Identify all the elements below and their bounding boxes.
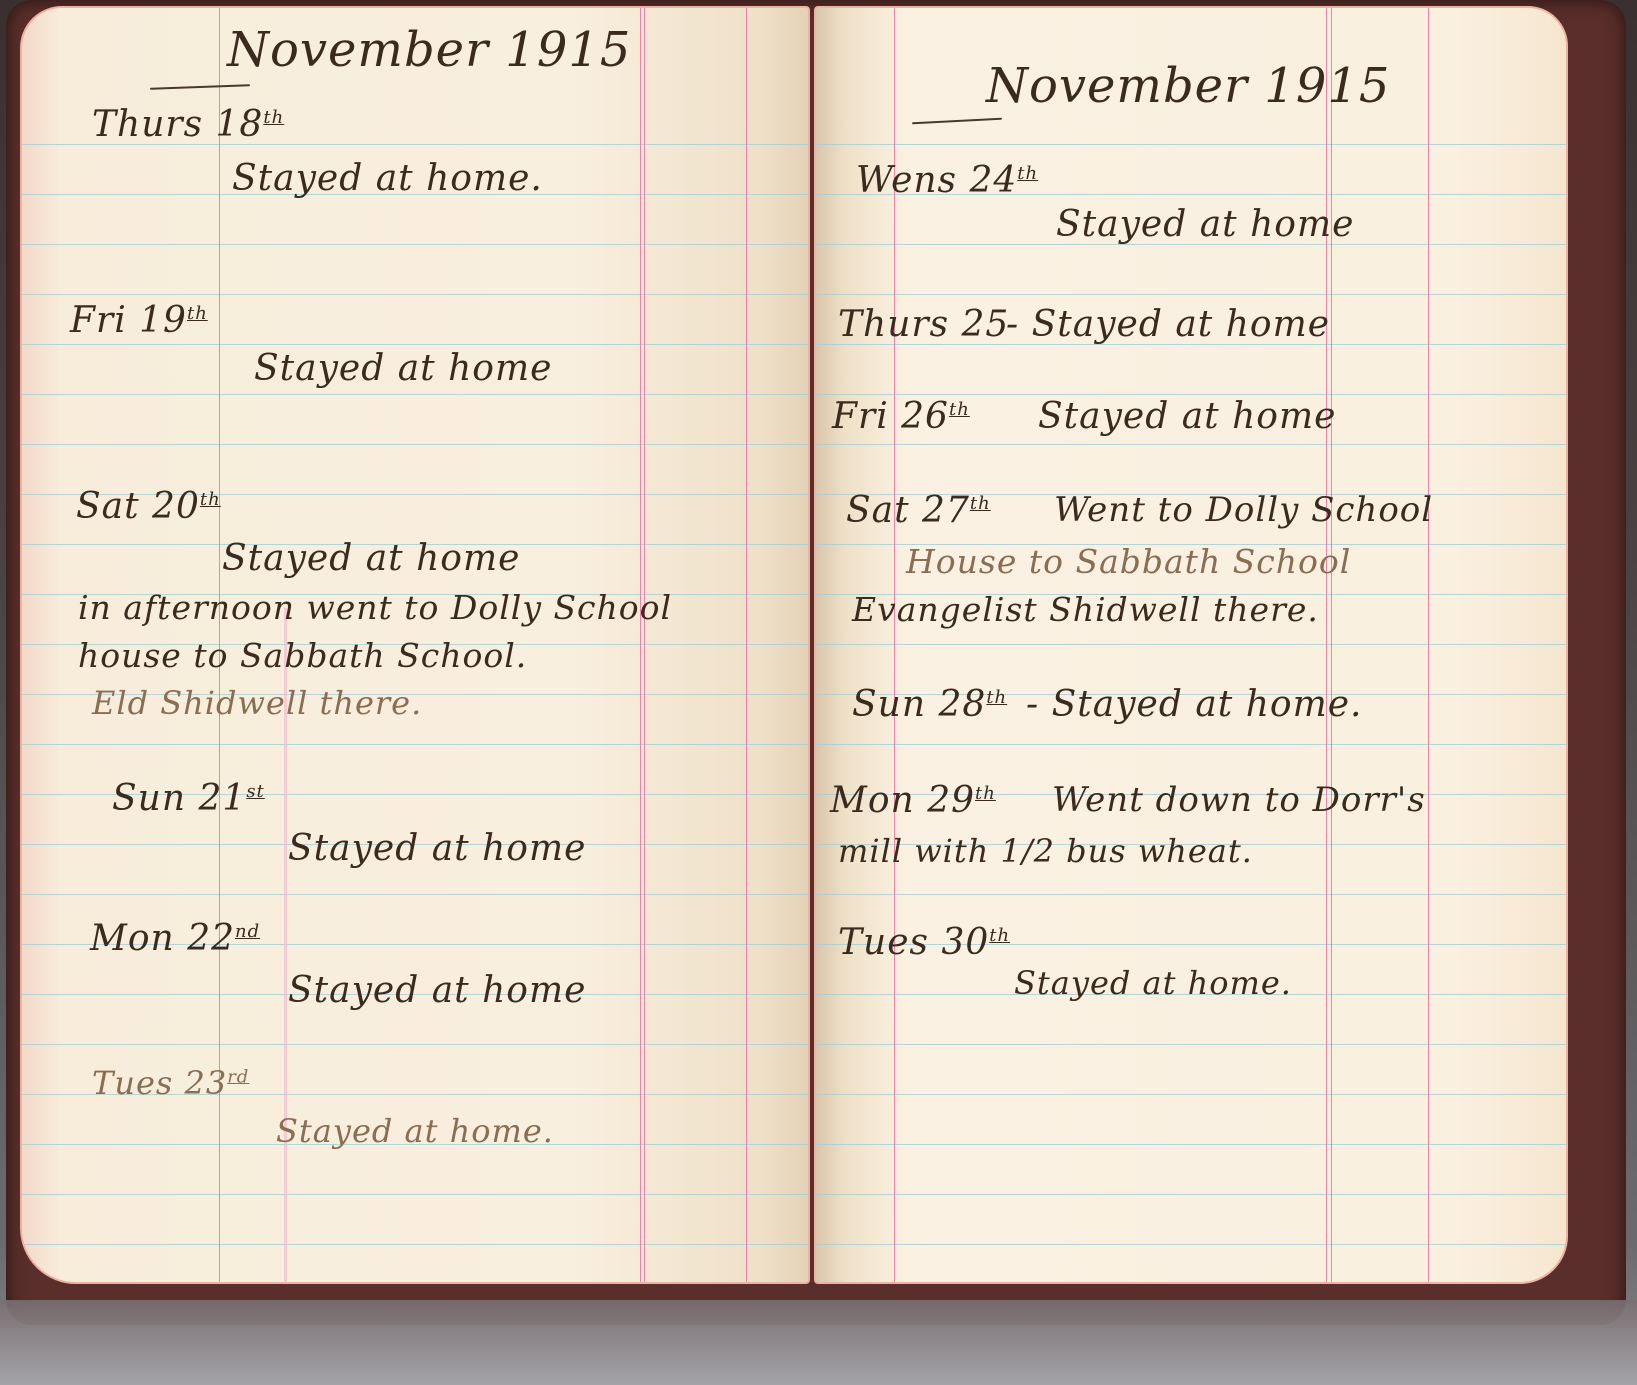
ruled-line <box>816 444 1566 445</box>
entry-date: Mon 29th <box>830 780 996 821</box>
page-heading: November 1915 <box>227 22 631 78</box>
margin-line <box>640 8 641 1282</box>
ruled-line <box>816 894 1566 895</box>
entry-date: Thurs 18th <box>92 104 284 145</box>
heading-flourish <box>150 84 250 89</box>
ruled-line <box>816 1094 1566 1095</box>
entry-text: - Stayed at home <box>1006 304 1330 345</box>
entry-text: Went to Dolly School <box>1054 490 1433 530</box>
entry-text: Stayed at home <box>1056 204 1354 245</box>
entry-date: Fri 19th <box>70 300 208 341</box>
heading-flourish <box>912 118 1002 125</box>
ruled-line <box>22 294 808 295</box>
entry-text: in afternoon went to Dolly School <box>78 588 672 627</box>
entry-date: Sun 28th <box>852 684 1007 725</box>
ruled-line <box>22 244 808 245</box>
entry-date: Thurs 25 <box>838 304 1009 345</box>
entry-text: - Stayed at home. <box>1026 684 1362 725</box>
entry-text: house to Sabbath School. <box>78 636 527 675</box>
entry-text: Stayed at home <box>1038 396 1336 437</box>
entry-date: Sun 21st <box>112 778 265 819</box>
ruled-line <box>22 1194 808 1195</box>
plastic-sleeve <box>0 1300 1637 1385</box>
right-page: November 1915 Wens 24th Stayed at home T… <box>814 6 1568 1284</box>
entry-date: Tues 30th <box>838 922 1010 963</box>
entry-text: Went down to Dorr's <box>1052 780 1426 820</box>
ruled-line <box>816 1144 1566 1145</box>
entry-text: House to Sabbath School <box>906 542 1351 581</box>
ruled-line <box>22 394 808 395</box>
ruled-line <box>22 344 808 345</box>
margin-line <box>746 8 747 1282</box>
ruled-line <box>22 444 808 445</box>
left-page: November 1915 Thurs 18th Stayed at home.… <box>20 6 810 1284</box>
page-heading: November 1915 <box>986 58 1390 114</box>
entry-text: Stayed at home <box>222 538 520 579</box>
margin-line <box>1331 8 1332 1282</box>
entry-text: Stayed at home. <box>276 1112 554 1150</box>
ruled-line <box>816 144 1566 145</box>
entry-date: Wens 24th <box>856 160 1038 201</box>
entry-text: Evangelist Shidwell there. <box>852 590 1319 629</box>
ruled-line <box>22 894 808 895</box>
entry-date: Fri 26th <box>832 396 970 437</box>
ruled-line <box>816 394 1566 395</box>
entry-text: Stayed at home <box>288 970 586 1011</box>
entry-date: Tues 23rd <box>92 1064 249 1102</box>
entry-text: Eld Shidwell there. <box>92 684 422 722</box>
entry-text: Stayed at home <box>254 348 552 389</box>
ruled-line <box>816 1244 1566 1245</box>
ruled-line <box>816 744 1566 745</box>
entry-text: Stayed at home <box>288 828 586 869</box>
entry-date: Sat 20th <box>76 486 221 527</box>
entry-text: Stayed at home. <box>232 158 543 199</box>
ruled-line <box>816 294 1566 295</box>
entry-text: mill with 1/2 bus wheat. <box>838 832 1253 870</box>
margin-line <box>644 8 645 1282</box>
ruled-line <box>22 1244 808 1245</box>
entry-date: Sat 27th <box>846 490 991 531</box>
entry-date: Mon 22nd <box>90 918 260 959</box>
margin-line <box>1428 8 1429 1282</box>
ruled-line <box>816 1194 1566 1195</box>
ruled-line <box>816 644 1566 645</box>
margin-line <box>1326 8 1327 1282</box>
entry-text: Stayed at home. <box>1014 964 1292 1002</box>
ruled-line <box>22 1044 808 1045</box>
ruled-line <box>22 744 808 745</box>
ruled-line <box>816 1044 1566 1045</box>
